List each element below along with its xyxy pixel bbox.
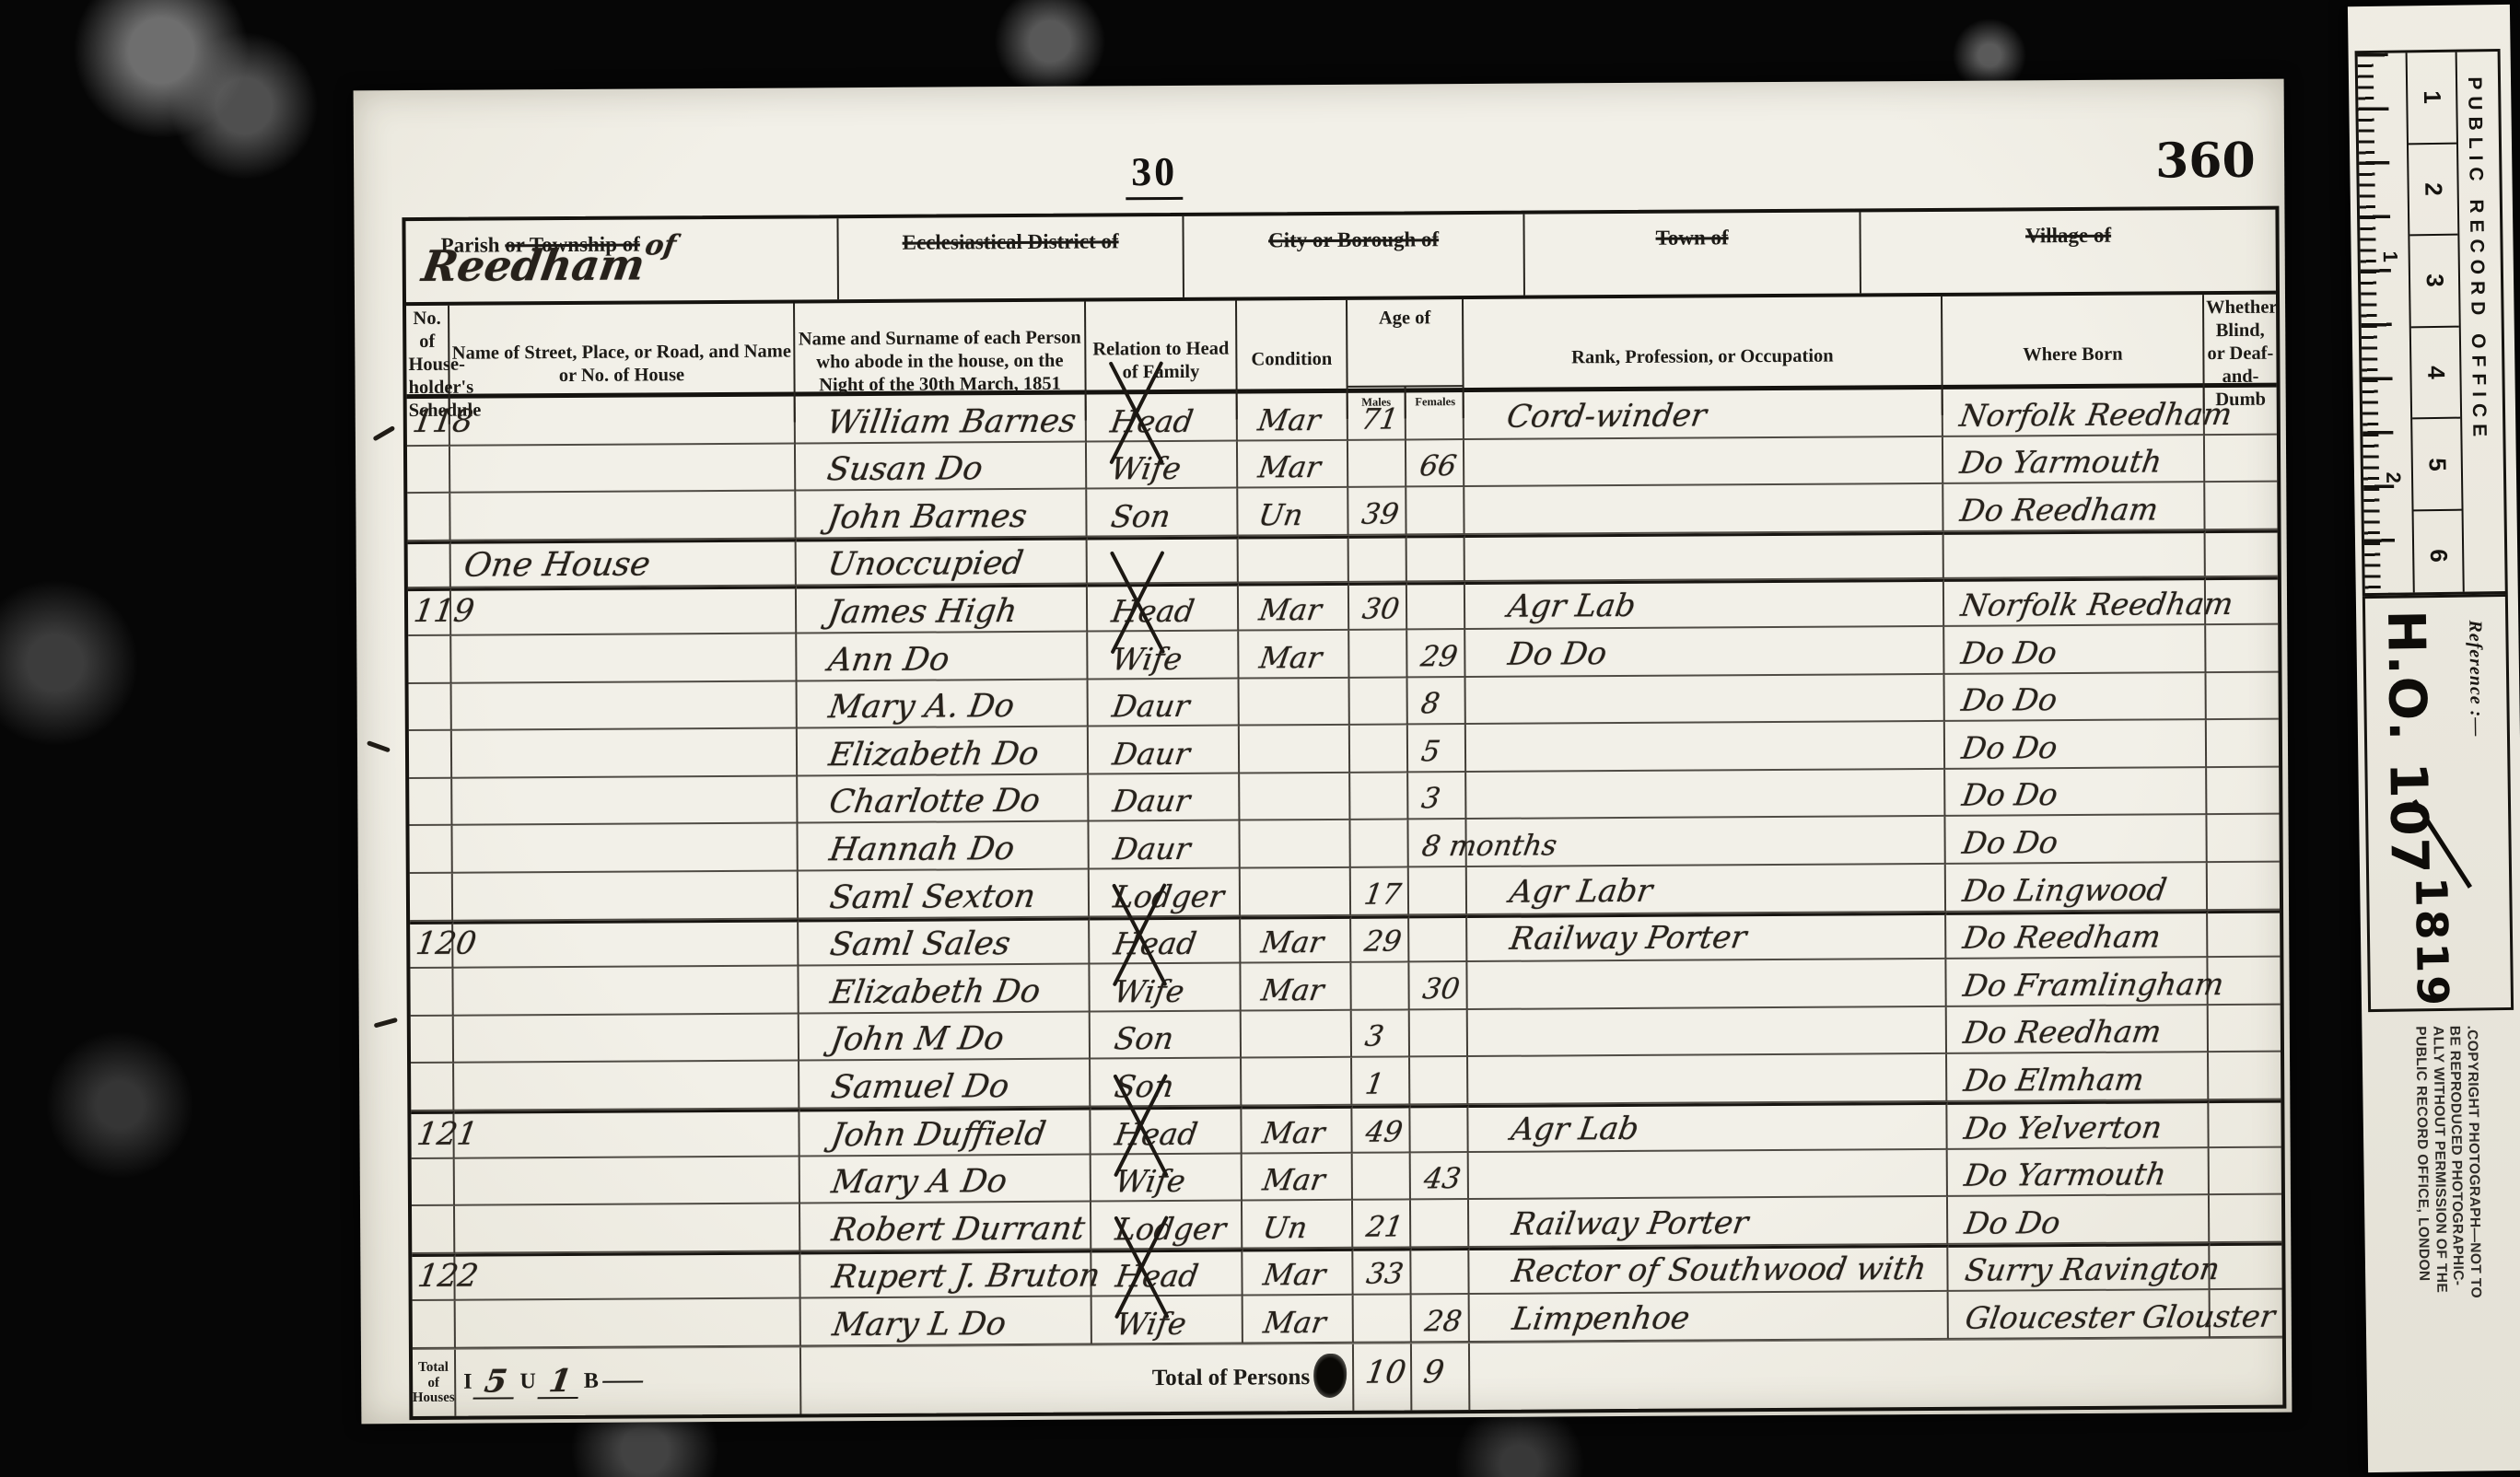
age-female-value (1410, 1052, 1424, 1056)
relation-value: Wife (1089, 1166, 1187, 1201)
age-male-value (1349, 671, 1363, 676)
schedule-number: 121 (408, 1118, 479, 1157)
occupation-value (1464, 575, 1508, 580)
age-female-value (1410, 1146, 1424, 1151)
person-name: Mary A Do (798, 1166, 1009, 1202)
inhabited-count: 5 (473, 1366, 519, 1399)
relation-value (1088, 579, 1113, 583)
age-female-value: 66 (1404, 452, 1458, 485)
relation-value: Wife (1086, 643, 1184, 678)
city-cell: City or Borough of (1184, 215, 1525, 297)
age-female-value (1406, 576, 1420, 581)
condition-value (1238, 577, 1259, 582)
person-name: John Duffield (798, 1118, 1048, 1155)
condition-value (1240, 862, 1261, 866)
ink-mark (372, 425, 395, 441)
where-born-value: Do Yarmouth (1941, 447, 2164, 483)
occupation-value: Agr Labr (1464, 875, 1654, 913)
parish-cell: Parish or Township of of Reedham (405, 218, 839, 302)
age-female-value (1407, 623, 1421, 628)
age-male-value (1354, 1337, 1368, 1342)
relation-value: Daur (1086, 691, 1192, 726)
reference-series: H.O. 107 (2375, 610, 2439, 876)
schedule-number (407, 484, 414, 492)
schedule-number (411, 1102, 417, 1110)
person-name: John M Do (797, 1023, 1006, 1059)
person-name: Saml Sexton (796, 880, 1037, 917)
age-female-value: 29 (1406, 643, 1460, 676)
person-name: Ann Do (795, 644, 951, 680)
condition-value: Mar (1238, 927, 1325, 962)
where-born-value: Do Do (1945, 1207, 2062, 1243)
condition-value (1239, 720, 1260, 725)
condition-value (1242, 1099, 1263, 1104)
street-value (453, 963, 467, 967)
street-value (455, 1296, 469, 1299)
schedule-number (407, 532, 414, 540)
ink-mark (367, 740, 391, 752)
age-female-value: 3 (1406, 785, 1442, 819)
street-value (454, 1106, 468, 1110)
condition-value: Mar (1235, 452, 1323, 487)
schedule-number (407, 579, 414, 587)
page-number: 30 (1126, 148, 1183, 200)
reference-label: Reference :— (2464, 620, 2487, 737)
schedule-number (409, 913, 415, 920)
total-persons-females: 9 (1412, 1343, 1470, 1410)
age-male-value (1350, 814, 1364, 819)
where-born-value: Do Yelverton (1945, 1111, 2164, 1147)
schedule-number (408, 675, 414, 682)
occupation-value: Agr Lab (1465, 1112, 1640, 1150)
where-born-value: Do Reedham (1943, 922, 2163, 958)
age-male-value (1348, 576, 1362, 581)
relation-value: Son (1085, 501, 1172, 536)
condition-value: Mar (1236, 595, 1324, 630)
occupation-value (1467, 1002, 1511, 1007)
street-value (450, 488, 464, 492)
age-male-value: 1 (1349, 1070, 1385, 1103)
occupation-value (1464, 528, 1508, 533)
person-name: Charlotte Do (795, 785, 1042, 822)
building-count (602, 1380, 643, 1382)
relation-value: Daur (1087, 785, 1193, 820)
where-born-value: Do Reedham (1944, 1017, 2164, 1053)
age-female-value (1409, 956, 1423, 960)
where-born-value: Do Do (1943, 827, 2060, 863)
schedule-number (411, 1197, 417, 1204)
age-female-value: 30 (1407, 975, 1462, 1008)
town-cell: Town of (1524, 212, 1861, 295)
census-scan: 30 360 Parish or Township of of Reedham … (0, 0, 2520, 1477)
relation-value: Son (1088, 1071, 1175, 1106)
occupation-value (1468, 1098, 1511, 1103)
person-name: Saml Sales (796, 928, 1012, 964)
street-value (455, 1248, 469, 1251)
occupation-value: Do Do (1463, 638, 1608, 676)
condition-value: Mar (1237, 643, 1324, 678)
age-female-value (1411, 1241, 1425, 1246)
age-male-value: 17 (1348, 880, 1403, 913)
age-male-value (1349, 719, 1363, 724)
person-name: William Barnes (793, 405, 1079, 442)
ruler-ticks: 1 2 (2358, 52, 2413, 593)
street-value (456, 1343, 470, 1347)
condition-value (1240, 815, 1261, 820)
relation-value: Wife (1088, 976, 1186, 1011)
street-value (451, 678, 465, 681)
occupation-value: Limpenhoe (1467, 1302, 1692, 1340)
street-value (452, 868, 466, 872)
condition-value: Mar (1239, 975, 1326, 1010)
age-male-value: 21 (1350, 1213, 1405, 1246)
reference-piece: 1819 (2405, 877, 2457, 1009)
relation-value: Lodger (1087, 880, 1226, 915)
age-male-value: 29 (1349, 928, 1404, 961)
age-female-value (1406, 529, 1420, 533)
street-value (453, 915, 467, 919)
schedule-number: 119 (405, 596, 476, 634)
village-cell: Village of (1861, 210, 2276, 294)
age-male-value: 39 (1347, 500, 1401, 533)
age-male-value: 71 (1346, 405, 1400, 438)
age-male-value (1348, 482, 1362, 486)
street-value (450, 440, 464, 444)
folio-number: 360 (2155, 133, 2256, 190)
table-body: 118 William Barnes Head Mar 71 Cord-wind… (407, 388, 2282, 1349)
occupation-value (1466, 812, 1510, 818)
where-born-value: Do Do (1942, 637, 2059, 673)
age-male-value: 33 (1351, 1261, 1406, 1294)
column-header-band: No. of House-holder's Schedule Name of S… (406, 295, 2277, 399)
where-born-value: Do Do (1942, 732, 2059, 768)
where-born-value: Do Do (1942, 779, 2059, 815)
age-female-value (1411, 1289, 1425, 1294)
where-born-value: Do Yarmouth (1945, 1158, 2168, 1194)
street-value (451, 631, 465, 634)
occupation-value (1466, 765, 1510, 771)
relation-value: Wife (1090, 1308, 1188, 1343)
where-born-value: Do Elmham (1944, 1064, 2146, 1099)
totals-row: Total of Houses I5 U1 B Total of Persons… (413, 1338, 2282, 1416)
person-name: Susan Do (793, 453, 985, 489)
relation-value: Head (1085, 596, 1196, 631)
census-table: Parish or Township of of Reedham Ecclesi… (402, 206, 2286, 1420)
condition-value: Un (1240, 1213, 1309, 1247)
person-name: John Barnes (794, 501, 1030, 538)
person-name: Mary L Do (799, 1308, 1009, 1344)
condition-value (1242, 1053, 1263, 1057)
occupation-value (1468, 1050, 1511, 1055)
age-male-value (1350, 862, 1364, 866)
age-male-value (1353, 1194, 1367, 1199)
schedule-number (409, 817, 415, 824)
where-born-value: Surry Ravington (1946, 1253, 2222, 1290)
street-value (452, 773, 466, 776)
relation-value: Head (1089, 1118, 1200, 1153)
relation-value: Wife (1084, 453, 1183, 488)
occupation-value: Agr Lab (1463, 590, 1638, 628)
where-born-value: Do Lingwood (1943, 874, 2169, 910)
schedule-number: 118 (404, 405, 475, 444)
where-born-value: Norfolk Reedham (1941, 399, 2234, 436)
parish-of-handwritten: of (643, 232, 677, 260)
condition-value: Mar (1235, 405, 1323, 440)
schedule-number: 122 (409, 1261, 480, 1299)
street-value (454, 1153, 468, 1157)
age-female-value: 28 (1409, 1308, 1464, 1341)
street-value (453, 1010, 467, 1014)
relation-value: Head (1090, 1261, 1201, 1296)
condition-value (1240, 767, 1261, 772)
occupation-value: Cord-winder (1462, 400, 1709, 438)
where-born-value: Do Reedham (1942, 494, 2161, 529)
age-female-value: 5 (1406, 738, 1441, 771)
street-value (450, 535, 464, 539)
person-name: Elizabeth Do (797, 976, 1043, 1013)
person-name: Unoccupied (794, 548, 1025, 585)
relation-value: Lodger (1089, 1213, 1228, 1248)
age-male-value: 49 (1350, 1118, 1405, 1151)
total-persons-label: Total of Persons (801, 1344, 1354, 1414)
total-houses-values: I5 U1 B (456, 1347, 801, 1415)
street-value: One House (449, 549, 653, 587)
street-value (455, 1201, 469, 1204)
public-record-office-strip: 1 2 1 2 3 4 5 6 PUBLIC RECORD OFFICE Ref… (2348, 5, 2520, 1472)
age-female-value (1410, 1099, 1424, 1103)
occupation-value: Railway Porter (1464, 922, 1748, 960)
condition-value: Mar (1241, 1260, 1328, 1295)
person-name: Hannah Do (796, 833, 1017, 869)
age-female-value (1406, 434, 1420, 438)
person-name: Robert Durrant (798, 1213, 1087, 1250)
age-female-value: 8 (1406, 690, 1441, 723)
relation-value: Head (1087, 928, 1198, 963)
where-born-value (1943, 573, 1961, 577)
person-name: Mary A. Do (795, 691, 1017, 727)
occupation-value (1464, 480, 1508, 485)
age-female-value (1409, 909, 1423, 913)
street-value (454, 1058, 468, 1062)
street-value (452, 820, 466, 824)
occupation-value (1465, 717, 1509, 723)
where-born-value: Gloucester Glouster (1946, 1301, 2277, 1338)
person-name: Samuel Do (797, 1071, 1011, 1107)
relation-value: Son (1088, 1023, 1175, 1058)
parish-name-handwritten: Reedham (419, 243, 647, 287)
condition-value: Mar (1240, 1165, 1327, 1200)
person-name: Rupert J. Bruton (799, 1261, 1102, 1297)
person-name: James High (794, 596, 1019, 632)
total-houses-label: Total of Houses (413, 1350, 456, 1416)
relation-value: Daur (1086, 738, 1192, 773)
age-male-value (1351, 1004, 1365, 1008)
total-persons-males: 10 (1354, 1343, 1412, 1410)
ruler-numbers: 1 2 3 4 5 6 (2406, 52, 2465, 593)
relation-value: Head (1084, 405, 1196, 440)
age-male-value: 3 (1349, 1023, 1385, 1056)
ecclesiastical-cell: Ecclesiastical District of (838, 216, 1184, 299)
ink-mark (374, 1018, 398, 1029)
copyright-notice: .COPYRIGHT PHOTOGRAPH—NOT TO BE REPRODUC… (2411, 1025, 2483, 1299)
occupation-value (1468, 1192, 1511, 1198)
uninhabited-count: 1 (537, 1366, 582, 1399)
schedule-number: 120 (407, 928, 478, 967)
where-born-value: Do Do (1942, 684, 2059, 720)
condition-value: Mar (1240, 1117, 1327, 1152)
occupation-value: Railway Porter (1466, 1207, 1750, 1246)
schedule-number (410, 1007, 416, 1015)
age-male-value: 30 (1347, 595, 1401, 628)
schedule-number (412, 1340, 418, 1347)
where-born-value: Do Framlingham (1944, 969, 2226, 1006)
where-born-value: Norfolk Reedham (1942, 588, 2235, 625)
schedule-number (410, 1054, 416, 1062)
street-value (452, 726, 466, 729)
age-female-value: 43 (1408, 1165, 1463, 1198)
place-header-band: Parish or Township of of Reedham Ecclesi… (405, 210, 2276, 306)
relation-value: Daur (1087, 833, 1193, 868)
ink-blot (1313, 1354, 1347, 1398)
schedule-number (409, 865, 415, 872)
condition-value: Mar (1241, 1308, 1328, 1343)
condition-value (1241, 910, 1262, 914)
census-page: 30 360 Parish or Township of of Reedham … (354, 79, 2292, 1425)
schedule-number (409, 770, 415, 777)
condition-value: Un (1236, 500, 1305, 534)
person-name: Elizabeth Do (795, 738, 1041, 775)
occupation-value (1466, 860, 1510, 866)
occupation-value: Rector of Southwood with (1466, 1253, 1928, 1293)
schedule-number (412, 1245, 418, 1252)
age-male-value (1350, 766, 1364, 771)
schedule-number (408, 722, 414, 729)
